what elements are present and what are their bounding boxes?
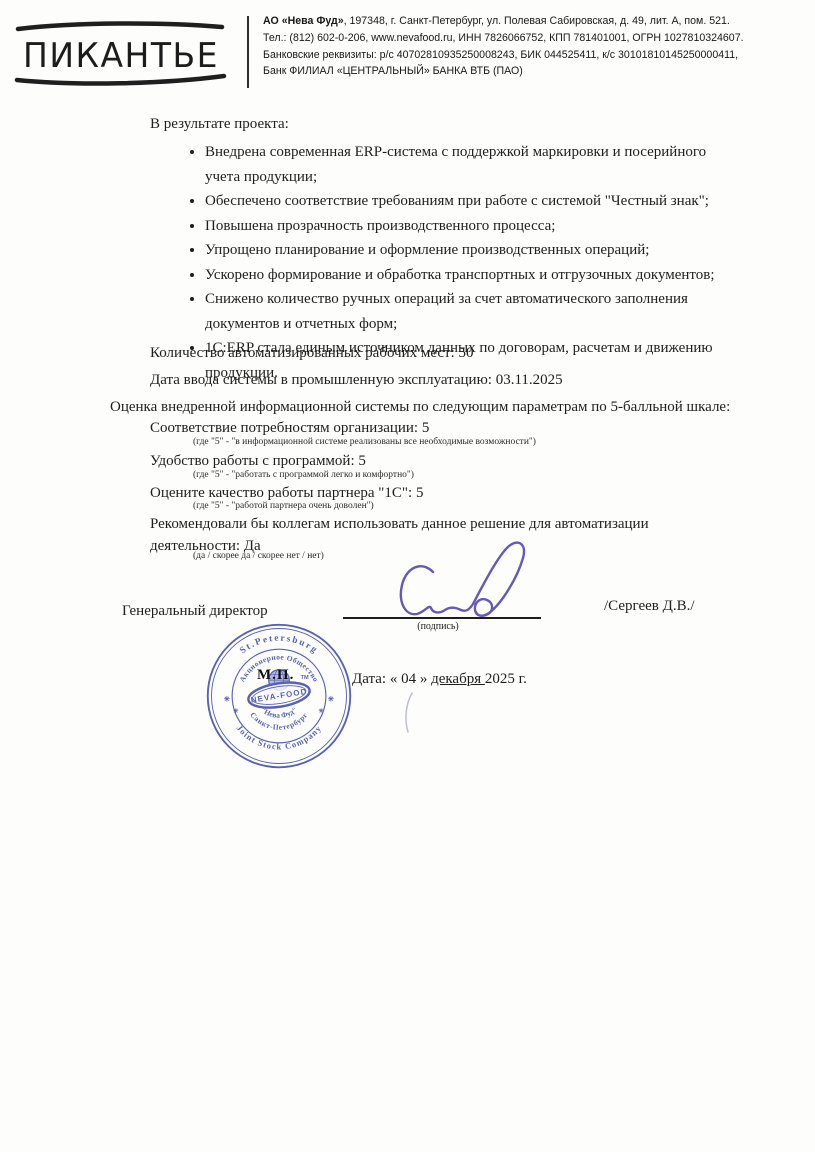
rating-intro: Оценка внедренной информационной системы… — [110, 397, 730, 417]
results-intro: В результате проекта: — [150, 114, 289, 134]
list-item: Ускорено формирование и обработка трансп… — [205, 263, 730, 288]
launch-date: Дата ввода системы в промышленную эксплу… — [150, 370, 563, 390]
company-info-block: АО «Нева Фуд», 197348, г. Санкт-Петербур… — [263, 13, 811, 80]
logo-text: ПИКАНТЬЕ — [23, 36, 219, 75]
stamp-tm-mark: TM — [301, 675, 309, 681]
recommendation-note: (да / скорее да / скорее нет / нет) — [193, 550, 324, 562]
date-year: 2025 г. — [485, 671, 527, 687]
list-item: Упрощено планирование и оформление произ… — [205, 238, 730, 263]
logo-bottom-line — [17, 76, 224, 83]
director-name: /Сергеев Д.В./ — [604, 596, 695, 616]
rating-note: (где "5" - "работать с программой легко … — [193, 469, 414, 481]
star-icon: ✳ — [328, 695, 335, 704]
mp-seal-mark: М.П. — [257, 667, 294, 684]
rating-note: (где "5" - "в информационной системе реа… — [193, 436, 536, 448]
company-name: АО «Нева Фуд» — [263, 15, 344, 27]
date-day: 04 — [401, 671, 416, 687]
company-contacts-line: Тел.: (812) 602-0-206, www.nevafood.ru, … — [263, 30, 811, 47]
star-icon: ✳ — [318, 707, 324, 715]
company-bank-name-line: Банк ФИЛИАЛ «ЦЕНТРАЛЬНЫЙ» БАНКА ВТБ (ПАО… — [263, 63, 811, 80]
rating-note: (где "5" - "работой партнера очень довол… — [193, 500, 374, 512]
stray-pen-mark — [398, 690, 420, 735]
company-bank-line: Банковские реквизиты: р/с 40702810935250… — [263, 47, 811, 64]
list-item: Снижено количество ручных операций за сч… — [205, 287, 730, 336]
list-item: Повышена прозрачность производственного … — [205, 214, 730, 239]
signature-stroke — [401, 543, 524, 616]
director-title: Генеральный директор — [122, 601, 268, 621]
workplaces-count: Количество автоматизированных рабочих ме… — [150, 343, 474, 363]
pikantie-logo: ПИКАНТЬЕ — [14, 16, 228, 90]
rating-label: Соответствие потребностям организации: 5 — [150, 418, 429, 438]
date-month: декабря — [431, 671, 485, 687]
list-item: Обеспечено соответствие требованиям при … — [205, 189, 730, 214]
scanned-document-page: ПИКАНТЬЕ АО «Нева Фуд», 197348, г. Санкт… — [0, 0, 815, 1152]
handwritten-signature — [333, 538, 553, 630]
company-address-line: АО «Нева Фуд», 197348, г. Санкт-Петербур… — [263, 13, 811, 30]
logo-top-line — [18, 23, 222, 29]
header-divider — [247, 16, 249, 88]
company-stamp: St.Petersburg Joint Stock Company Акцион… — [204, 621, 354, 771]
star-icon: ✳ — [224, 695, 231, 704]
rating-label: Удобство работы с программой: 5 — [150, 451, 366, 471]
star-icon: ✳ — [233, 707, 239, 715]
list-item: Внедрена современная ERP-система с подде… — [205, 140, 730, 189]
document-date: Дата: « 04 » декабря 2025 г. — [352, 671, 527, 688]
